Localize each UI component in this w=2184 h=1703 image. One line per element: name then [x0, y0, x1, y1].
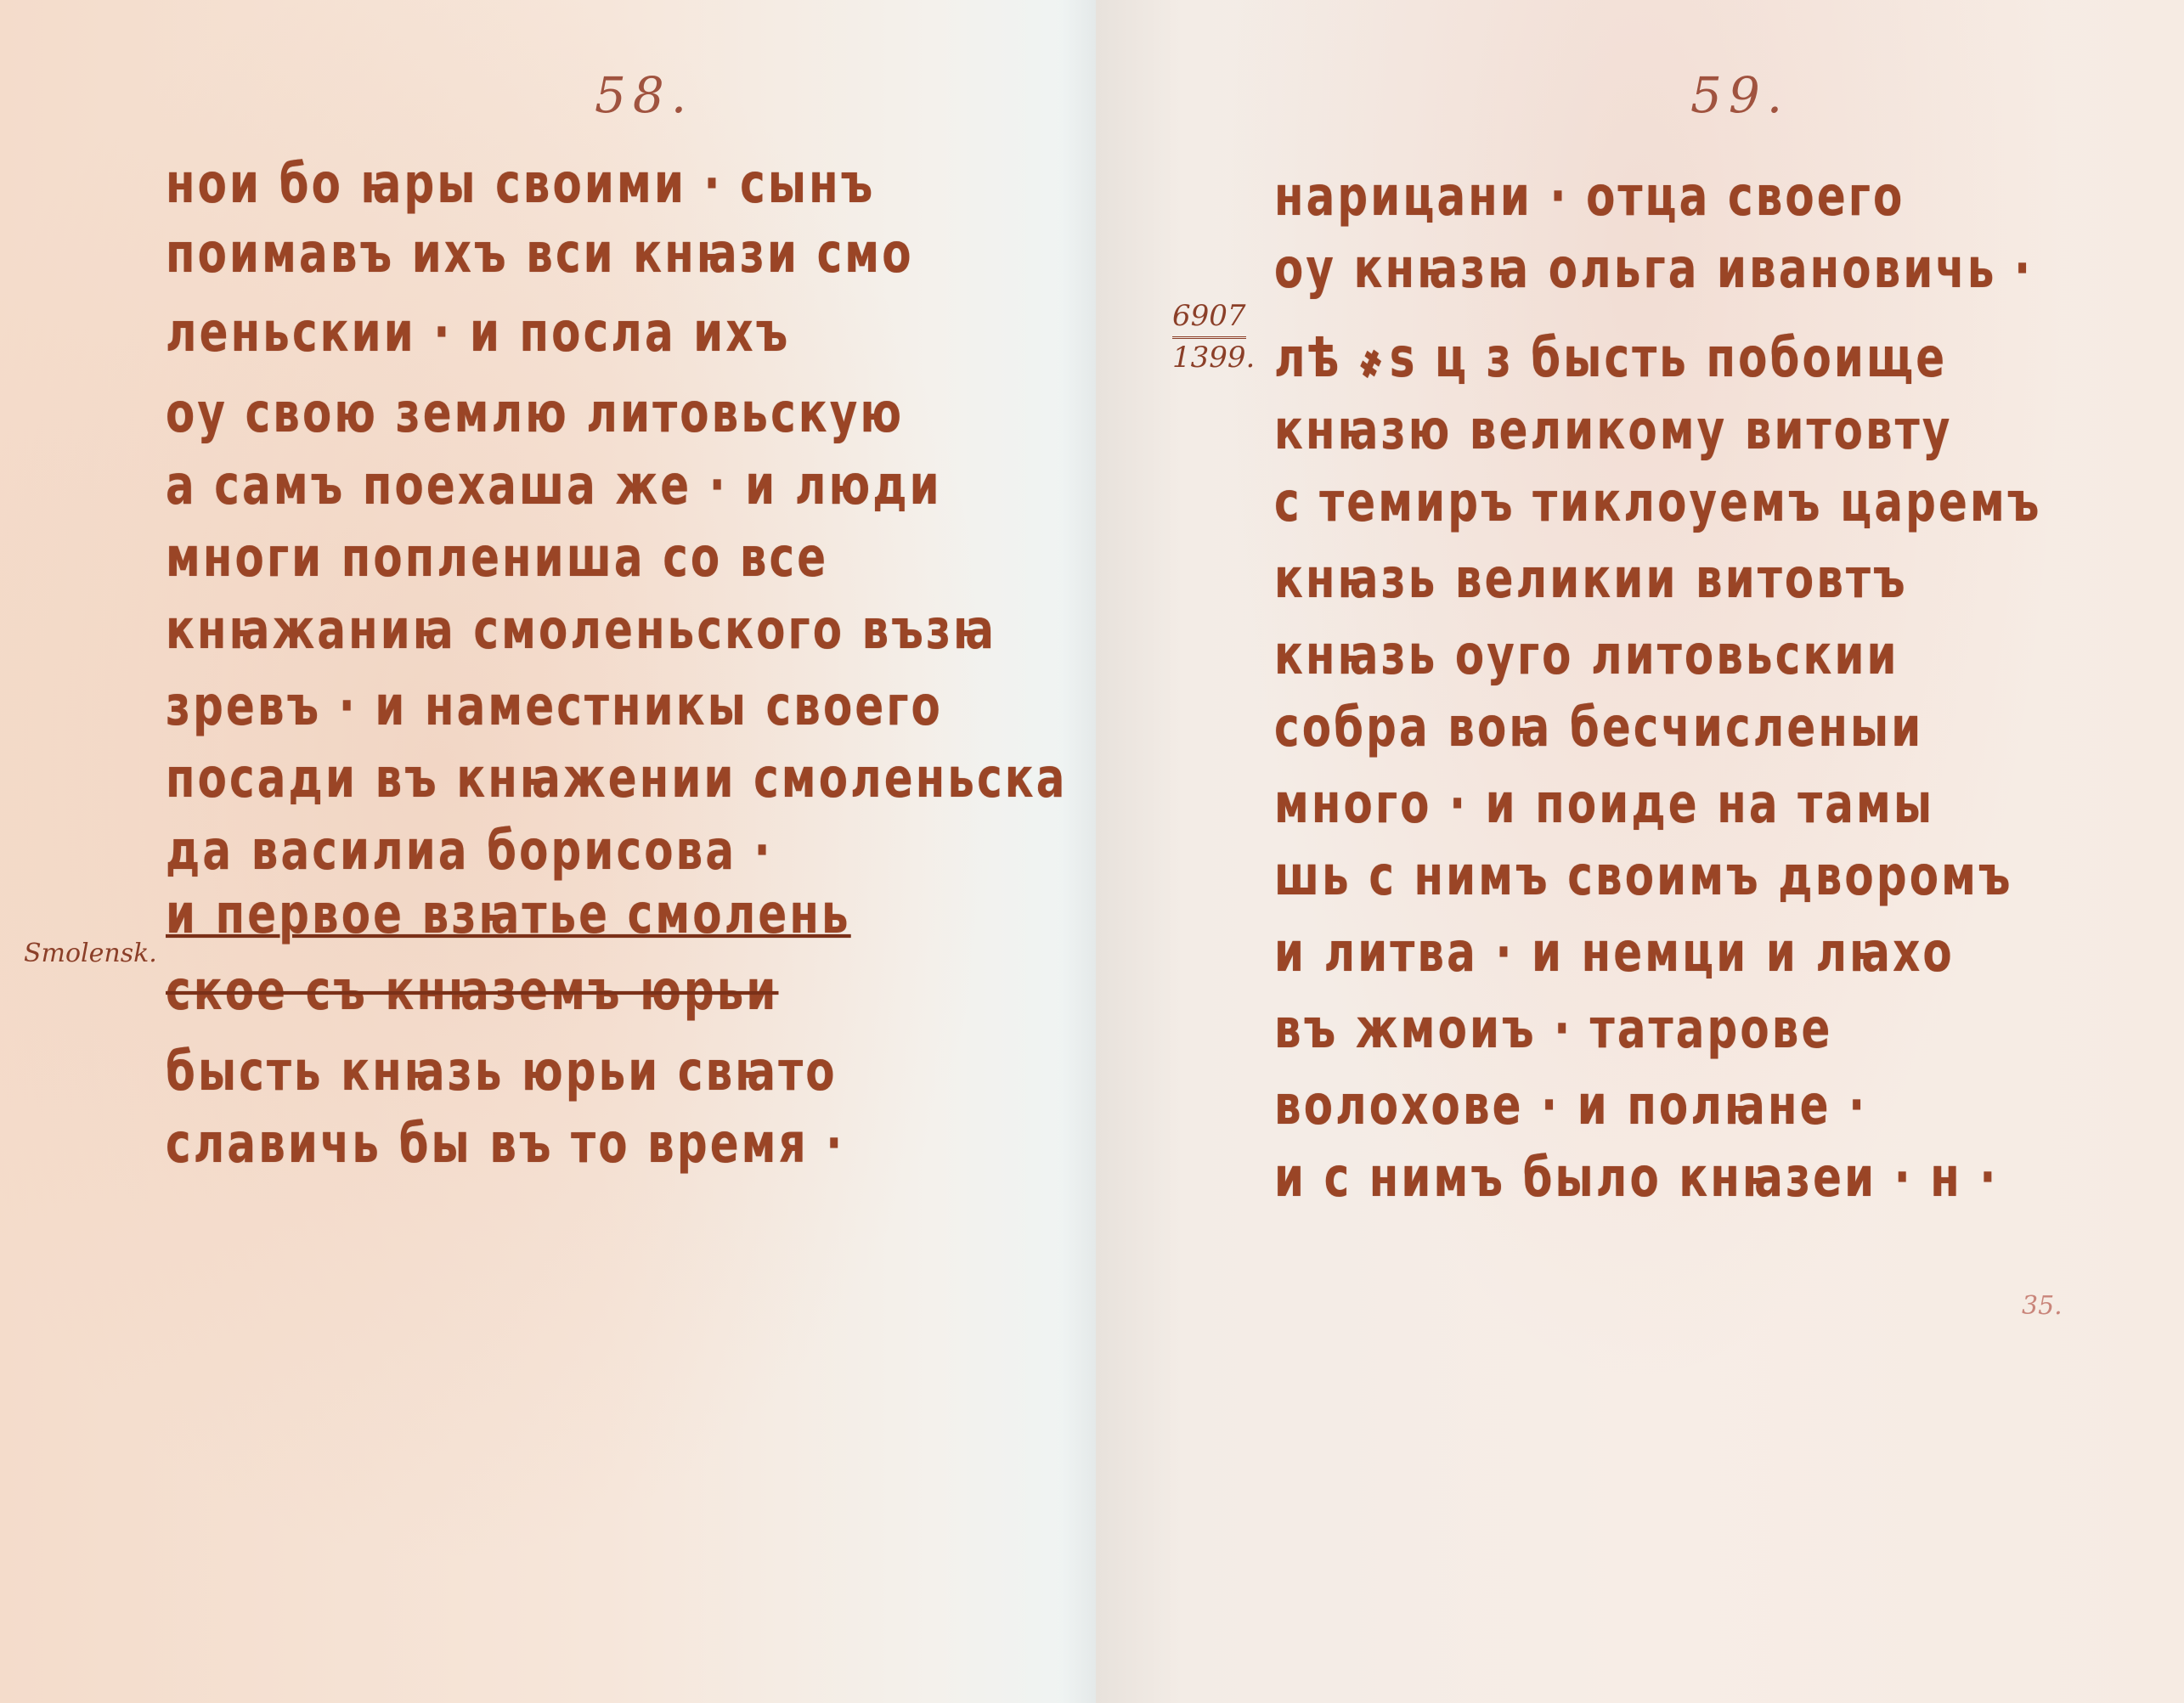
folio-stamp: 35. [2022, 1291, 2063, 1321]
margin-note-smolensk: Smolensk. [24, 939, 157, 968]
manuscript-line-struck: ское съ кнꙗземъ юрьи [166, 960, 778, 1023]
manuscript-line: зревъ · и наместникы своего [166, 675, 943, 738]
manuscript-line: леньскии · и посла ихъ [166, 302, 790, 364]
manuscript-line: кнꙗзь оуго литовьскии [1274, 624, 1899, 687]
manuscript-line: много · и поиде на тамы [1274, 773, 1934, 836]
manuscript-line: кнꙗзю великому витовту [1274, 399, 1953, 462]
date-ad: 1399. [1172, 341, 1255, 375]
manuscript-line: и с нимъ было кнꙗзеи · н · [1274, 1147, 1998, 1210]
left-folio-number: 58. [595, 66, 693, 124]
manuscript-line: посади въ кнꙗжении смоленьска [166, 747, 1068, 810]
manuscript-line: бысть кнꙗзь юрьи свꙗто [166, 1040, 838, 1103]
manuscript-line: кнꙗзь великии витовтъ [1274, 548, 1908, 611]
manuscript-line: собра воꙗ бесчисленыи [1274, 696, 1923, 759]
manuscript-line: с темиръ тиклоуемъ царемъ [1274, 471, 2042, 534]
right-folio-number: 59. [1690, 66, 1789, 124]
manuscript-line: оу кнꙗзꙗ ольга ивановичь · [1274, 238, 2033, 301]
manuscript-line: да василиа борисова · [166, 820, 773, 883]
manuscript-line-underlined: и первое взꙗтье смолень [166, 883, 851, 946]
manuscript-line: оу свою землю литовьскую [166, 382, 904, 445]
manuscript-line: а самъ поехаша же · и люди [166, 454, 942, 517]
manuscript-line: и литва · и немци и лꙗхо [1274, 922, 1955, 984]
margin-note-date: 6907 1399. [1172, 297, 1255, 376]
manuscript-line: кнꙗжаниꙗ смоленьского възꙗ [166, 599, 996, 662]
manuscript-line: поимавъ ихъ вси кнꙗзи смо [166, 223, 914, 285]
manuscript-line: лѣ ҂ѕ ц з бысть побоище [1274, 327, 1947, 390]
manuscript-line: нарицани · отца своего [1274, 166, 1905, 228]
manuscript-line: многи поплениша со все [166, 527, 828, 589]
gutter-shadow [1062, 0, 1096, 1703]
manuscript-line: нои бо ꙗры своими · сынъ [166, 153, 875, 216]
manuscript-spread: 58. Smolensk. нои бо ꙗры своими · сынъ п… [0, 0, 2184, 1703]
manuscript-line: славичь бы въ то время · [166, 1113, 844, 1176]
manuscript-line: шь с нимъ своимъ дворомъ [1274, 845, 2013, 908]
left-page: 58. Smolensk. нои бо ꙗры своими · сынъ п… [0, 0, 1096, 1703]
date-annomundi: 6907 [1172, 297, 1246, 339]
manuscript-line: въ жмоиъ · татарове [1274, 998, 1832, 1061]
manuscript-line: волохове · и полꙗне · [1274, 1074, 1867, 1137]
right-page: 59. 6907 1399. 35. нарицани · отца своег… [1096, 0, 2184, 1703]
